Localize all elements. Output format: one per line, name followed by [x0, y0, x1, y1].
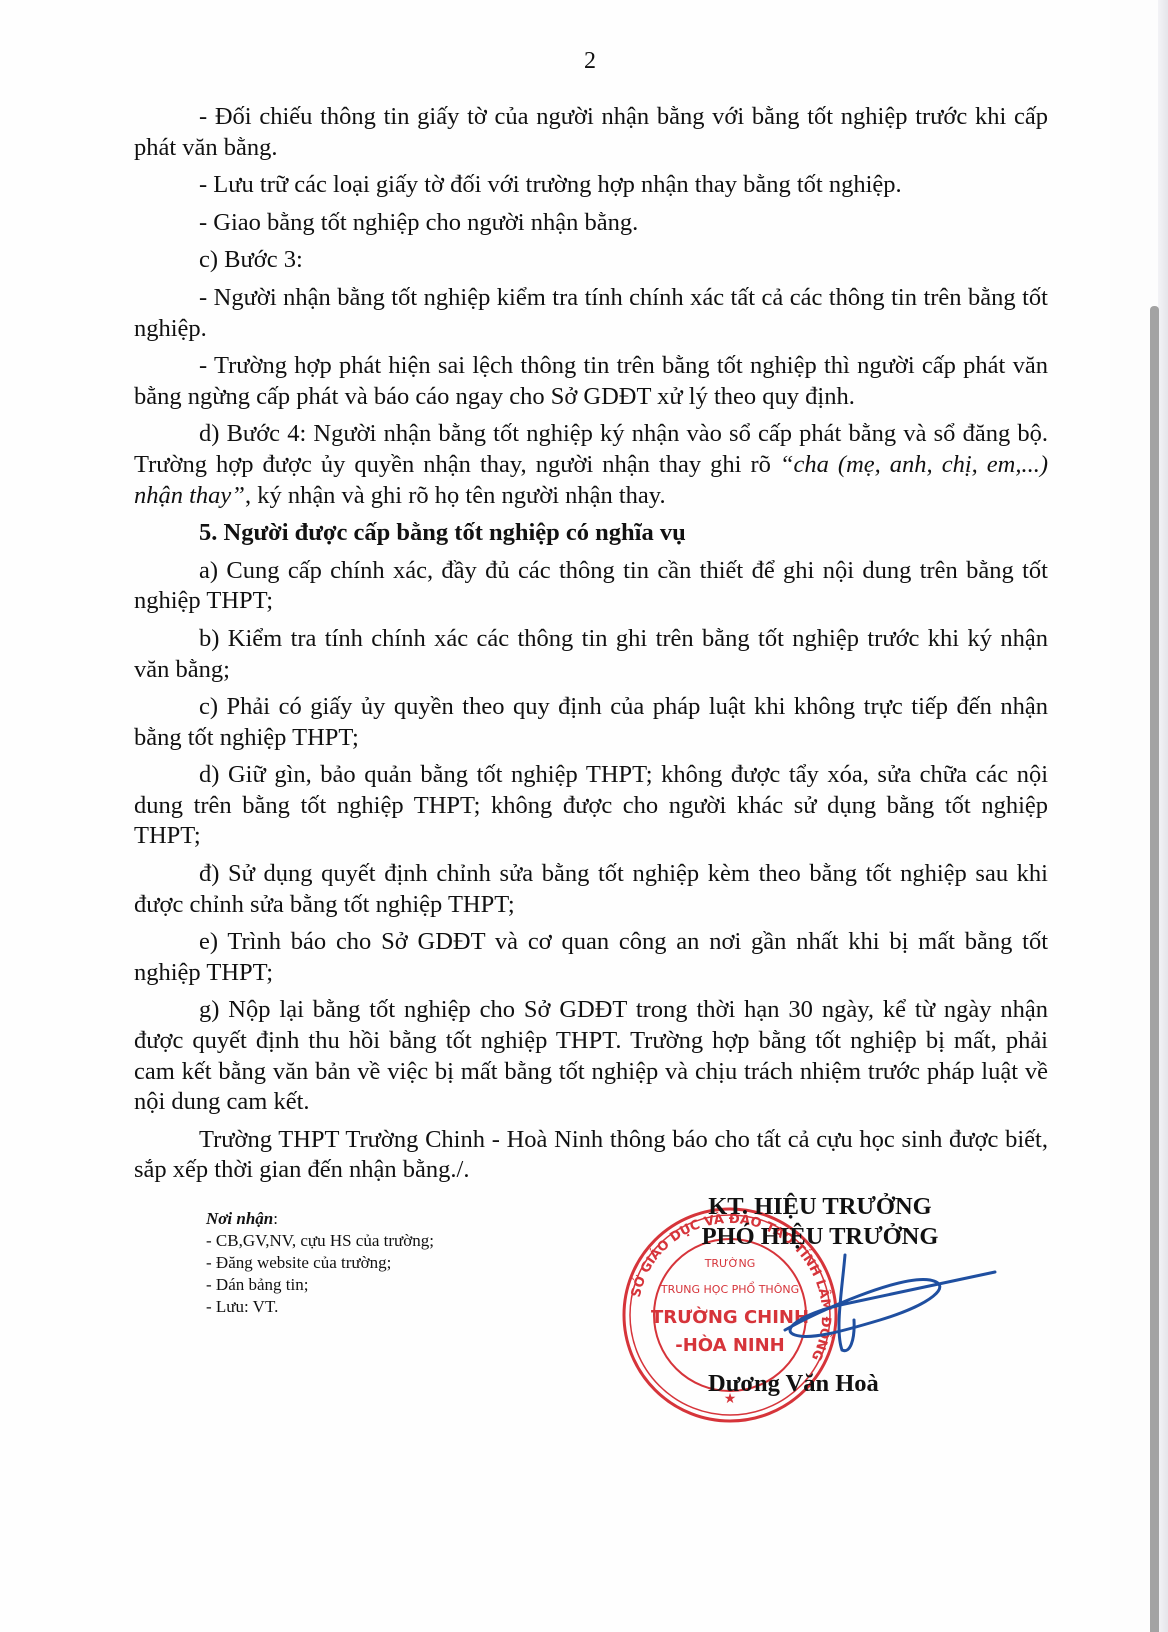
signer-title-2: PHÓ HIỆU TRƯỞNG	[650, 1222, 990, 1252]
recipient-item: - Lưu: VT.	[206, 1296, 434, 1318]
paragraph: b) Kiểm tra tính chính xác các thông tin…	[134, 624, 1048, 685]
scrollbar-thumb[interactable]	[1150, 306, 1159, 1632]
paragraph: - Lưu trữ các loại giấy tờ đối với trườn…	[134, 170, 1048, 201]
paragraph: - Đối chiếu thông tin giấy tờ của người …	[134, 102, 1048, 163]
recipient-item: - CB,GV,NV, cựu HS của trường;	[206, 1230, 434, 1252]
paragraph: c) Phải có giấy ủy quyền theo quy định c…	[134, 692, 1048, 753]
recipients-block: Nơi nhận: - CB,GV,NV, cựu HS của trường;…	[206, 1208, 434, 1318]
paragraph: đ) Sử dụng quyết định chỉnh sửa bằng tốt…	[134, 859, 1048, 920]
recipients-title: Nơi nhận	[206, 1209, 273, 1228]
paragraph: - Người nhận bằng tốt nghiệp kiểm tra tí…	[134, 283, 1048, 344]
paragraph: c) Bước 3:	[134, 245, 1048, 276]
page-number: 2	[0, 48, 1168, 75]
document-page: 2 - Đối chiếu thông tin giấy tờ của ngườ…	[0, 0, 1110, 1632]
svg-text:TRUNG HỌC PHỔ THÔNG: TRUNG HỌC PHỔ THÔNG	[660, 1281, 799, 1296]
paragraph: - Giao bằng tốt nghiệp cho người nhận bằ…	[134, 208, 1048, 239]
paragraph: e) Trình báo cho Sở GDĐT và cơ quan công…	[134, 927, 1048, 988]
paragraph: g) Nộp lại bằng tốt nghiệp cho Sở GDĐT t…	[134, 995, 1048, 1117]
paragraph: Trường THPT Trường Chinh - Hoà Ninh thôn…	[134, 1125, 1048, 1186]
paragraph: d) Bước 4: Người nhận bằng tốt nghiệp ký…	[134, 419, 1048, 511]
svg-text:-HÒA NINH: -HÒA NINH	[675, 1334, 784, 1356]
paragraph: - Trường hợp phát hiện sai lệch thông ti…	[134, 351, 1048, 412]
paragraph: d) Giữ gìn, bảo quản bằng tốt nghiệp THP…	[134, 760, 1048, 852]
signature-block: KT. HIỆU TRƯỞNG PHÓ HIỆU TRƯỞNG	[650, 1192, 990, 1252]
signer-name: Dương Văn Hoà	[708, 1370, 879, 1398]
document-body: - Đối chiếu thông tin giấy tờ của người …	[134, 102, 1048, 1193]
recipient-item: - Dán bảng tin;	[206, 1274, 434, 1296]
recipient-item: - Đăng website của trường;	[206, 1252, 434, 1274]
handwritten-signature-icon	[780, 1250, 1000, 1360]
signer-title-1: KT. HIỆU TRƯỞNG	[650, 1192, 990, 1222]
svg-text:TRƯỜNG: TRƯỜNG	[704, 1257, 756, 1270]
paragraph: a) Cung cấp chính xác, đầy đủ các thông …	[134, 556, 1048, 617]
scrollbar-track[interactable]	[1158, 0, 1168, 1632]
section-heading: 5. Người được cấp bằng tốt nghiệp có ngh…	[134, 518, 1048, 549]
